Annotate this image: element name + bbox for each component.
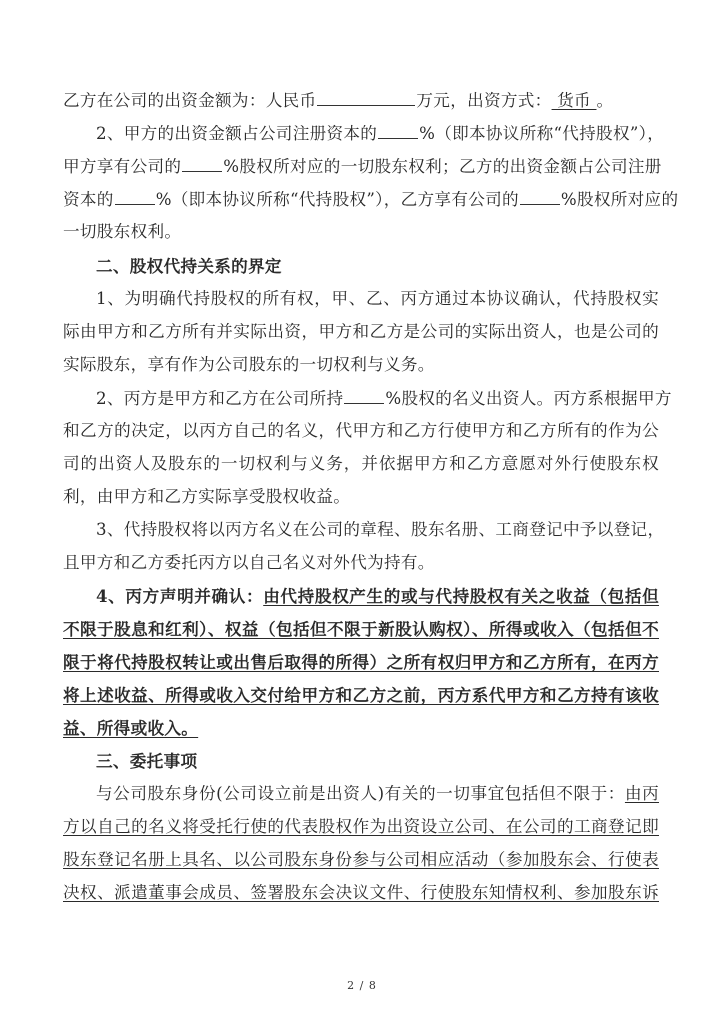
- contribution-method: 货币: [552, 91, 597, 110]
- text: 。: [597, 91, 614, 110]
- text: 2、丙方是甲方和乙方在公司所持: [96, 389, 343, 408]
- percent-blank: [115, 188, 155, 205]
- text: 4、丙方声明并确认：: [96, 586, 263, 606]
- s2-item2-line4: 利，由甲方和乙方实际享受股权收益。: [63, 486, 659, 508]
- para2-line4: 一切股东权利。: [63, 221, 659, 243]
- para2-line3: 资本的%（即本协议所称“代持股权”），乙方享有公司的%股权所对应的: [63, 188, 659, 210]
- text: 资本的: [63, 190, 114, 209]
- text: 乙方在公司的出资金额为：人民币: [63, 91, 316, 110]
- s2-item4-line3: 限于将代持股权转让或出售后取得的所得）之所有权归甲方和乙方所有，在丙方: [63, 651, 659, 673]
- percent-blank: [520, 188, 560, 205]
- contribution-line: 乙方在公司的出资金额为：人民币万元，出资方式： 货币 。: [63, 89, 659, 111]
- text: 甲方享有公司的: [63, 157, 181, 176]
- amount-blank: [317, 89, 415, 106]
- percent-blank: [182, 155, 222, 172]
- section2-heading: 二、股权代持关系的界定: [63, 255, 659, 277]
- s2-item3-line1: 3、代持股权将以丙方名义在公司的章程、股东名册、工商登记中予以登记，: [63, 519, 659, 541]
- percent-blank: [378, 122, 418, 139]
- s2-item1-line2: 际由甲方和乙方所有并实际出资，甲方和乙方是公司的实际出资人，也是公司的: [63, 321, 659, 343]
- text: 2、甲方的出资金额占公司注册资本的: [96, 124, 377, 143]
- text: %（即本协议所称“代持股权”），: [419, 124, 664, 143]
- text: %股权的名义出资人。丙方系根据甲方: [385, 389, 671, 408]
- s2-item4-line1: 4、丙方声明并确认：由代持股权产生的或与代持股权有关之收益（包括但: [63, 585, 659, 607]
- page-number: 2 / 8: [0, 979, 724, 992]
- s2-item4-line2: 不限于股息和红利）、权益（包括但不限于新股认购权）、所得或收入（包括但不: [63, 618, 659, 640]
- section3-heading: 三、委托事项: [63, 750, 659, 772]
- document-page: 乙方在公司的出资金额为：人民币万元，出资方式： 货币 。 2、甲方的出资金额占公…: [0, 0, 724, 1024]
- underlined-text: 由丙: [625, 784, 659, 803]
- percent-blank: [344, 387, 384, 404]
- s2-item1-line3: 实际股东，享有作为公司股东的一切权利与义务。: [63, 354, 659, 376]
- s2-item4-line5: 益、所得或收入。: [63, 717, 659, 739]
- s2-item1-line1: 1、为明确代持股权的所有权，甲、乙、丙方通过本协议确认，代持股权实: [63, 288, 659, 310]
- s2-item2-line2: 和乙方的决定，以丙方自己的名义，代甲方和乙方行使甲方和乙方所有的作为公: [63, 420, 659, 442]
- para2-line2: 甲方享有公司的%股权所对应的一切股东权利；乙方的出资金额占公司注册: [63, 155, 659, 177]
- s3-line4: 决权、派遣董事会成员、签署股东会决议文件、行使股东知情权利、参加股东诉: [63, 882, 659, 904]
- s2-item2-line3: 司的出资人及股东的一切权利与义务，并依据甲方和乙方意愿对外行使股东权: [63, 453, 659, 475]
- s3-line2: 方以自己的名义将受托行使的代表股权作为出资设立公司、在公司的工商登记即: [63, 816, 659, 838]
- s2-item2-line1: 2、丙方是甲方和乙方在公司所持%股权的名义出资人。丙方系根据甲方: [63, 387, 659, 409]
- underlined-text: 由代持股权产生的或与代持股权有关之收益（包括但: [263, 586, 659, 606]
- para2-line1: 2、甲方的出资金额占公司注册资本的%（即本协议所称“代持股权”），: [63, 122, 659, 144]
- underlined-text: 益、所得或收入。: [63, 718, 198, 738]
- text: 与公司股东身份(公司设立前是出资人)有关的一切事宜包括但不限于：: [96, 784, 625, 803]
- text: 万元，出资方式：: [416, 91, 551, 110]
- text: %（即本协议所称“代持股权”），乙方享有公司的: [156, 190, 519, 209]
- s2-item4-line4: 将上述收益、所得或收入交付给甲方和乙方之前，丙方系代甲方和乙方持有该收: [63, 684, 659, 706]
- text: %股权所对应的: [561, 190, 678, 209]
- s3-line3: 股东登记名册上具名、以公司股东身份参与公司相应活动（参加股东会、行使表: [63, 849, 659, 871]
- s3-line1: 与公司股东身份(公司设立前是出资人)有关的一切事宜包括但不限于：由丙: [63, 783, 659, 805]
- s2-item3-line2: 且甲方和乙方委托丙方以自己名义对外代为持有。: [63, 552, 659, 574]
- text: %股权所对应的一切股东权利；乙方的出资金额占公司注册: [223, 157, 661, 176]
